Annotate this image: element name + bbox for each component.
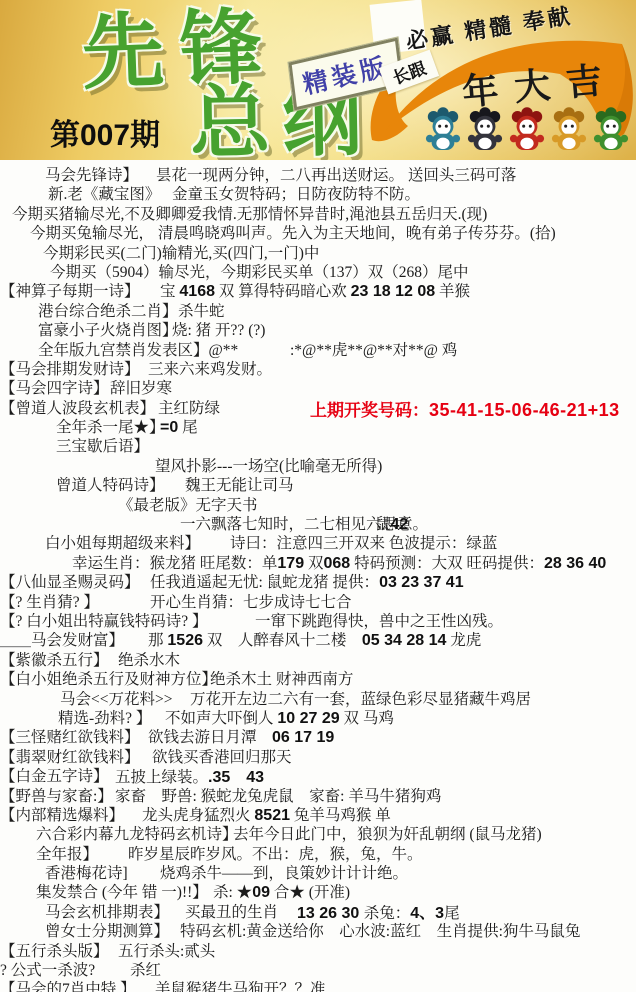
text-line: 香港梅花诗]烧鸡杀牛——到，良策妙计计计绝。 (0, 861, 636, 880)
text-line: 【内部精选爆料】龙头虎身猛烈火 8521 兔羊马鸡猴 单 (0, 803, 636, 822)
text-line: 【五行杀头版】五行杀头:贰头 (0, 939, 636, 958)
text-line: 【野兽与家畜:】家畜 野兽: 猴蛇龙兔虎鼠 家畜: 羊马牛猪狗鸡 (0, 784, 636, 803)
text-line: 曾女士分期测算】特码玄机:黄金送给你 心水波:蓝红 生肖提供:狗牛马鼠兔 (0, 919, 636, 938)
text-line: 今期买（5904）输尽光，今期彩民买单（137）双（268）尾中 (0, 260, 636, 279)
masthead: 先锋 总纲 精装版 第007期 必赢 精髓 奉献 长跟 年大吉 (0, 0, 636, 160)
text-line: 马会先锋诗】昙花一现两分钟，二八再出送财运。 送回头三码可落 (0, 163, 636, 182)
body-lines: 马会先锋诗】昙花一现两分钟，二八再出送财运。 送回头三码可落新.老《藏宝图》金童… (0, 160, 636, 992)
text-line: 【紫徽杀五行】绝杀水木 (0, 648, 636, 667)
text-line: 马会<<万花料>>万花开左边二六有一套，蓝绿色彩尽显猪藏牛鸡居 (0, 687, 636, 706)
text-line: 六合彩内幕九龙特码玄机诗】去年今日此门中，狼狈为奸乱朝纲 (鼠马龙猪) (0, 822, 636, 841)
text-line: 【八仙显圣赐灵码】任我逍遥起无忧: 鼠蛇龙猪 提供：03 23 37 41 (0, 570, 636, 589)
text-segment: 【马会的7肖中特 】 (0, 977, 136, 992)
text-segment: 羊鼠猴猪牛马狗开？？准 (155, 977, 326, 992)
lottery-tip-sheet-page: 先锋 总纲 精装版 第007期 必赢 精髓 奉献 长跟 年大吉 马会先锋诗】昙花… (0, 0, 636, 992)
text-line: 【马会四字诗】辞旧岁寒 (0, 376, 636, 395)
text-line: 【? 生肖猜? 】开心生肖猜：七步成诗七七合 (0, 590, 636, 609)
text-line: 富豪小子火烧肖图】烧: 猪 开?? (?) (0, 318, 636, 337)
mascots (424, 106, 630, 159)
text-line: 【白小姐绝杀五行及财神方位】绝杀木土 财神西南方 (0, 667, 636, 686)
text-line: 今期买兔输尽光， 清晨鸣晓鸡叫声。先入为主天地间，晚有弟子传芬芬。(拾) (0, 221, 636, 240)
panda-mascot-icon (466, 106, 504, 159)
text-line: 【马会的7肖中特 】羊鼠猴猪牛马狗开？？准 (0, 977, 636, 992)
text-line: 【马会排期发财诗】三来六来鸡发财。 (0, 357, 636, 376)
text-line: 【翡翠财红欲钱料】欲钱买香港回归那天 (0, 745, 636, 764)
teal-mascot-icon (424, 106, 462, 159)
flame-mascot-icon (508, 106, 546, 159)
text-line: 今期买猪输尽光,不及卿卿爱我情.无那情怀异昔时,渑池县五岳归天.(现) (0, 202, 636, 221)
text-line: 【? 白小姐出特赢钱特码诗? 】一窜下跳跑得快，兽中之王性凶残。 (0, 609, 636, 628)
text-line: 望风扑影---一场空(比喻毫无所得) (0, 454, 636, 473)
text-line: 马会玄机排期表】买最丑的生肖13 26 30 杀兔：4、3尾 (0, 900, 636, 919)
text-line: 集发禁合 (今年 错 一)!!】杀: ★09 合★ (开准) (0, 880, 636, 899)
text-line: 【曾道人波段玄机表】主红防绿上期开奖号码：35-41-15-06-46-21+1… (0, 396, 636, 415)
text-line: 三宝歇后语】 (0, 434, 636, 453)
text-line: 全年杀一尾★】=0 尾 (0, 415, 636, 434)
text-line: 新.老《藏宝图》金童玉女贺特码；日防夜防特不防。 (0, 182, 636, 201)
text-line: 曾道人特码诗】魏王无能让司马 (0, 473, 636, 492)
yellow-mascot-icon (550, 106, 588, 159)
text-line: 白小姐每期超级来料】诗曰：注意四三开双来 色波提示：绿蓝 (0, 531, 636, 550)
text-line: 全年版九宫禁肖发表区】@**:*@**虎**@**对**@ 鸡 (0, 338, 636, 357)
text-line: 幸运生肖：猴龙猪 旺尾数：单179 双068 特码预测：大双 旺码提供：28 3… (0, 551, 636, 570)
text-line: 【三怪赌红欲钱料】欲钱去游日月潭 06 17 19 (0, 725, 636, 744)
text-line: 一六飘落七知时，二七相见六思意。鼠42 (0, 512, 636, 531)
text-line: 今期彩民买(二门)输精光,买(四门,一门)中 (0, 241, 636, 260)
issue-number: 第007期 (50, 110, 160, 154)
green-mascot-icon (592, 106, 630, 159)
text-line: ＿＿马会发财富】那 1526 双 人醉春风十二楼 05 34 28 14 龙虎 (0, 628, 636, 647)
text-line: 全年报】昨岁星辰昨岁风。不出：虎，猴，兔，牛。 (0, 842, 636, 861)
text-line: 【白金五字诗】五披上绿装。.35 43 (0, 764, 636, 783)
text-line: 【神算子每期一诗】宝 4168 双 算得特码暗心欢 23 18 12 08 羊猴 (0, 279, 636, 298)
text-line: 精选-劲料? 】不如声大吓倒人 10 27 29 双 马鸡 (0, 706, 636, 725)
text-line: ? 公式一杀波?杀红 (0, 958, 636, 977)
text-line: 港台综合绝杀二肖】杀牛蛇 (0, 299, 636, 318)
text-line: 《最老版》无字天书 (0, 493, 636, 512)
